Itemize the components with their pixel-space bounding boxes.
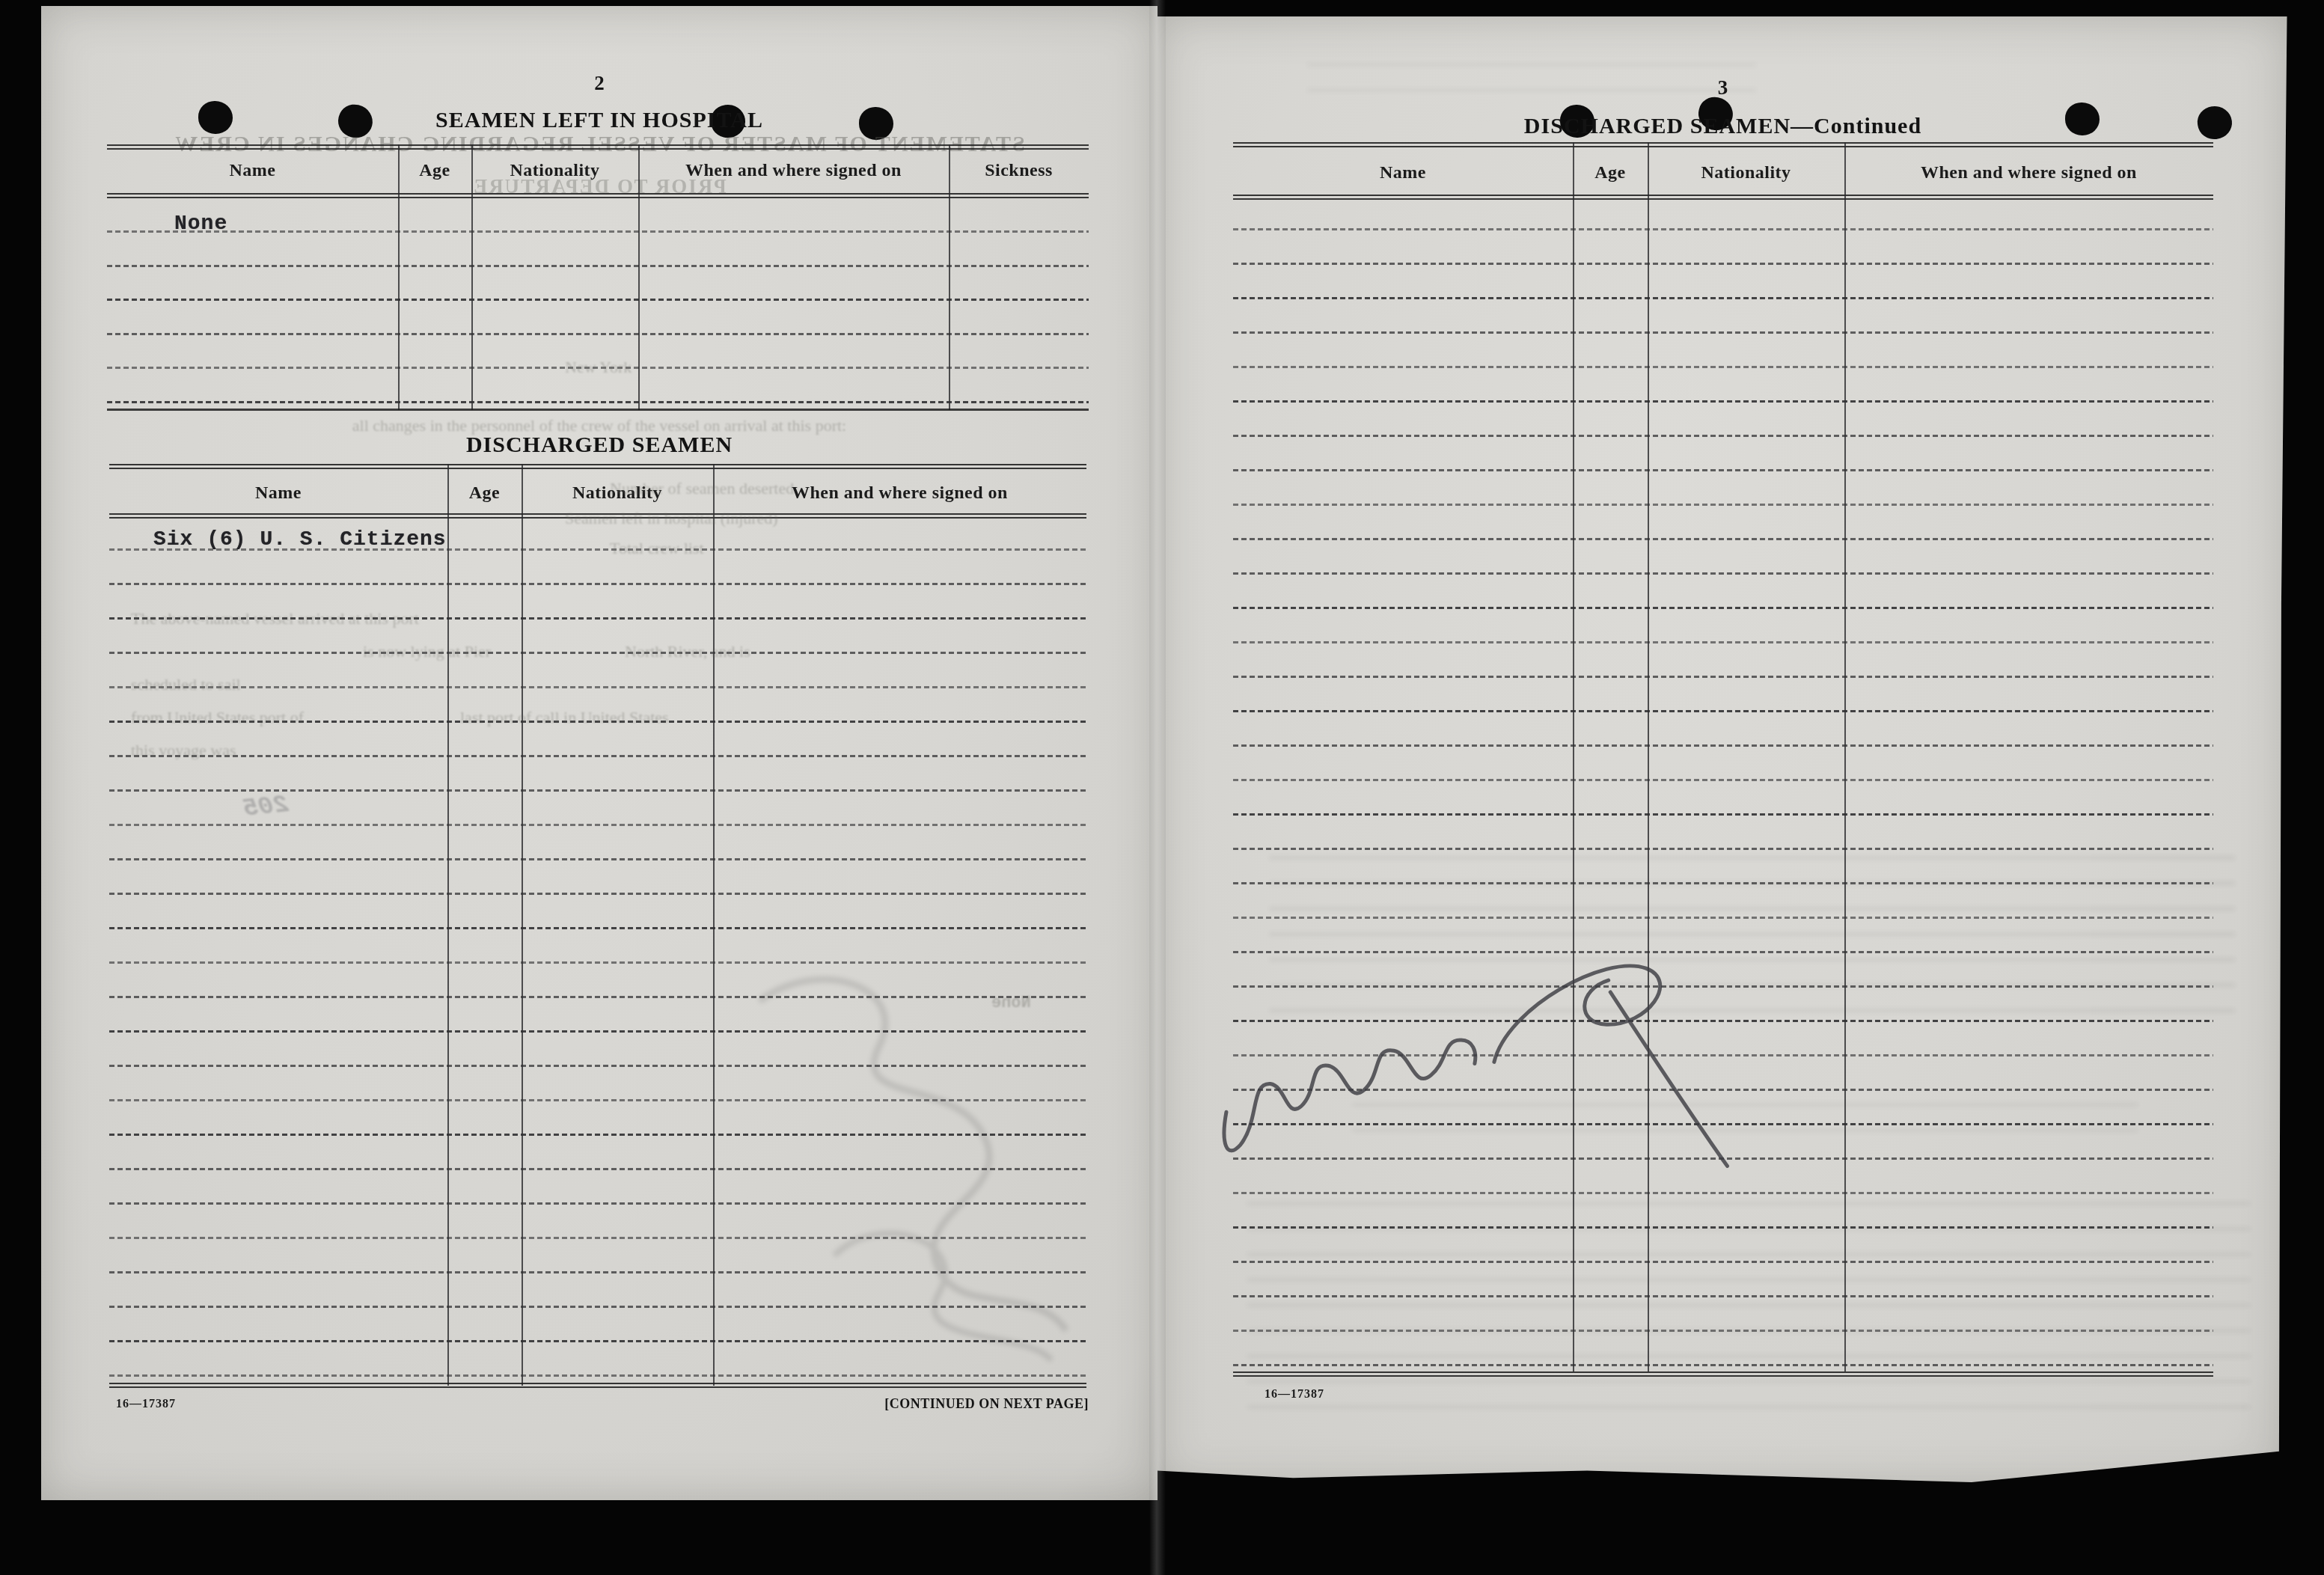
bleedthrough-handwriting: 205: [242, 791, 290, 824]
page-left: 2 SEAMEN LEFT IN HOSPITAL STATEMENT OF M…: [41, 6, 1158, 1500]
bleedthrough-paragraph: [1247, 1184, 2250, 1408]
form-number: 16—17387: [116, 1398, 176, 1411]
bleedthrough-fragment: all changes in the personnel of the crew…: [41, 416, 1158, 435]
bleedthrough-fragment: last port of call in United States: [460, 708, 669, 727]
continued-note: [CONTINUED ON NEXT PAGE]: [884, 1396, 1089, 1412]
bleedthrough-fragment: this voyage was: [131, 741, 236, 760]
table-row-line: [1233, 331, 2213, 334]
table-row-line: [109, 652, 1086, 654]
table-row-line: [109, 893, 1086, 895]
table-row-line: [1233, 813, 2213, 816]
table-row-line: [1233, 779, 2213, 781]
table-row-line: [109, 755, 1086, 757]
table-row-line: [1233, 263, 2213, 265]
table-row-line: [1233, 607, 2213, 609]
bleedthrough-fragment: North River, and is: [625, 642, 750, 661]
table-row-line: [1233, 744, 2213, 747]
table-row-line: [1233, 676, 2213, 678]
bleedthrough-fragment: The above-named vessel arrived at this p…: [131, 609, 419, 629]
bleedthrough-paragraph: [1270, 854, 2235, 1012]
table-row-line: [1233, 400, 2213, 403]
table-row-line: [1233, 297, 2213, 299]
table-row-line: [109, 858, 1086, 860]
table-row-line: [1233, 641, 2213, 643]
bleedthrough-heading: [1352, 1101, 2138, 1131]
table-row-line: [1233, 366, 2213, 368]
page-right: 3 DISCHARGED SEAMEN—Continued Name Age N…: [1158, 16, 2288, 1487]
bleedthrough-fragment: Seamen left in hospital (injured): [565, 509, 778, 528]
table-row-line: [1233, 228, 2213, 230]
bleedthrough-fragment: Total crew list: [610, 539, 704, 558]
table-row-line: [1233, 538, 2213, 540]
table-row-line: [109, 927, 1086, 929]
table-row-line: [1233, 710, 2213, 712]
table-row-line: [109, 824, 1086, 826]
bleedthrough-stamp: [1307, 46, 1756, 91]
table-row-line: [1233, 572, 2213, 575]
table-row-line: [1233, 504, 2213, 506]
table-row-line: [109, 686, 1086, 688]
table-row-line: [1233, 435, 2213, 437]
pencil-smudge: [715, 941, 1119, 1390]
bleedthrough-fragment: New York: [565, 358, 632, 377]
bleedthrough-fragment: scheduled to sail: [131, 675, 241, 694]
bleedthrough-fragment: Number of seamen deserted: [610, 479, 794, 498]
bleedthrough-fragment: is now lying at Pier: [363, 642, 491, 661]
discharged-entry: Six (6) U. S. Citizens: [153, 528, 447, 551]
table-row-line: [1233, 469, 2213, 471]
scanned-document: 2 SEAMEN LEFT IN HOSPITAL STATEMENT OF M…: [0, 0, 2324, 1575]
table-row-line: [1233, 848, 2213, 850]
bleedthrough-fragment: from United States port of: [131, 708, 304, 727]
table-row-line: [109, 789, 1086, 792]
table-row-line: [109, 583, 1086, 585]
